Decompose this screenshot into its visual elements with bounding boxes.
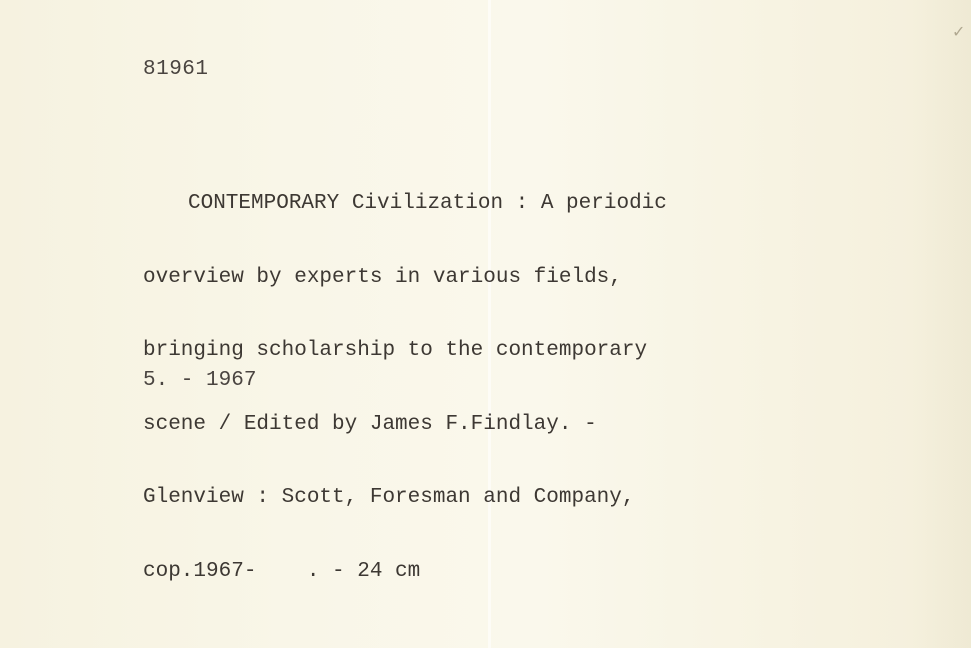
card-edge-shading (911, 0, 971, 648)
entry-line-physical: cop.1967- . - 24 cm (143, 560, 667, 585)
entry-line: scene / Edited by James F.Findlay. - (143, 413, 667, 438)
entry-line-publisher: Glenview : Scott, Foresman and Company, (143, 486, 667, 511)
entry-line: overview by experts in various fields, (143, 266, 667, 291)
holdings-statement: 5. - 1967 (143, 369, 256, 392)
catalog-card: ✓ 81961 CONTEMPORARY Civilization : A pe… (0, 0, 971, 648)
check-mark-icon: ✓ (952, 22, 965, 41)
entry-line: bringing scholarship to the contemporary (143, 339, 667, 364)
accession-number: 81961 (143, 58, 209, 81)
entry-line-title: CONTEMPORARY Civilization : A periodic (143, 192, 667, 217)
